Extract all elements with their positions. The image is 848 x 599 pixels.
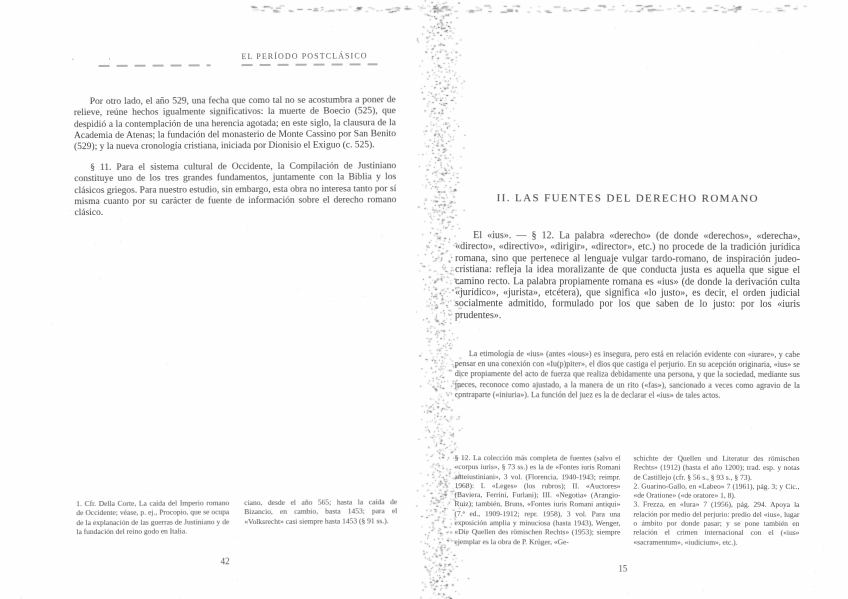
right-page: II. LAS FUENTES DEL DERECHO ROMANO El «i…: [0, 0, 848, 599]
book-scan: · · EL PERÍODO POSTCLÁSICO Por otro lado…: [0, 0, 848, 599]
paragraph-section-12: El «ius». — § 12. La palabra «derecho» (…: [455, 230, 800, 322]
page-number-right: 15: [618, 564, 627, 574]
right-page-footnotes: § 12. La colección más completa de fuent…: [454, 453, 799, 547]
chapter-heading: II. LAS FUENTES DEL DERECHO ROMANO: [455, 192, 800, 205]
footnote-column-2: schichte der Quellen und Literatur des r…: [633, 454, 799, 547]
footnote-column-1: § 12. La colección más completa de fuent…: [454, 453, 620, 546]
paragraph-etymology-small-print: La etimología de «ius» (antes «ious») es…: [455, 349, 800, 401]
